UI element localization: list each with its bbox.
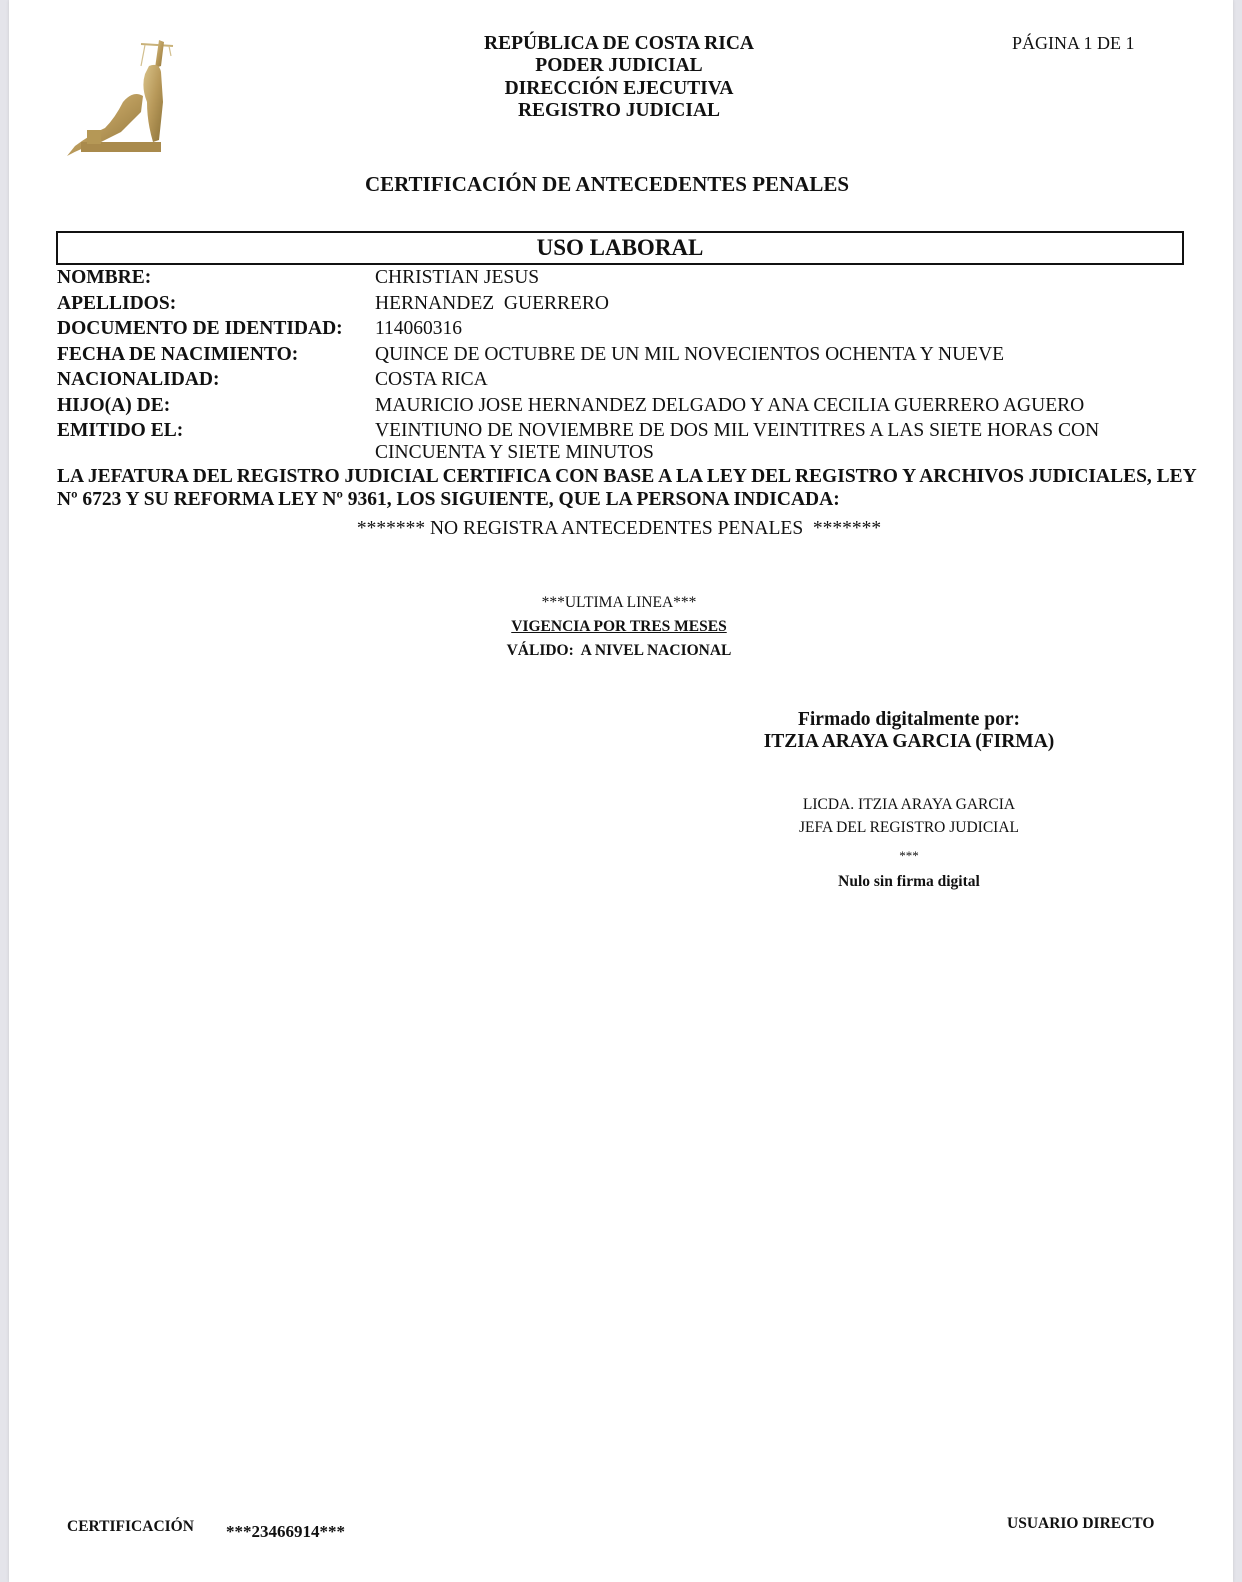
field-label-fecha-nacimiento: FECHA DE NACIMIENTO: xyxy=(57,344,298,366)
certification-statement: LA JEFATURA DEL REGISTRO JUDICIAL CERTIF… xyxy=(57,466,1207,511)
page-indicator: PÁGINA 1 DE 1 xyxy=(1012,33,1135,54)
institution-header: REPÚBLICA DE COSTA RICA PODER JUDICIAL D… xyxy=(409,33,829,122)
document-title: CERTIFICACIÓN DE ANTECEDENTES PENALES xyxy=(9,172,1205,197)
signature-separator: *** xyxy=(709,848,1109,864)
header-line-registro: REGISTRO JUDICIAL xyxy=(409,100,829,122)
field-value-nombre: CHRISTIAN JESUS xyxy=(375,267,1135,289)
header-line-direccion: DIRECCIÓN EJECUTIVA xyxy=(409,78,829,100)
footer-user-type: USUARIO DIRECTO xyxy=(1007,1515,1154,1533)
field-label-nombre: NOMBRE: xyxy=(57,267,151,289)
field-label-documento: DOCUMENTO DE IDENTIDAD: xyxy=(57,318,343,340)
field-label-nacionalidad: NACIONALIDAD: xyxy=(57,369,220,391)
scope-note: VÁLIDO: A NIVEL NACIONAL xyxy=(9,642,1229,660)
field-label-emitido: EMITIDO EL: xyxy=(57,420,183,442)
field-label-apellidos: APELLIDOS: xyxy=(57,293,176,315)
last-line-marker: ***ULTIMA LINEA*** xyxy=(9,594,1229,612)
field-value-apellidos: HERNANDEZ GUERRERO xyxy=(375,293,1135,315)
signer-role: JEFA DEL REGISTRO JUDICIAL xyxy=(709,819,1109,837)
header-line-poder-judicial: PODER JUDICIAL xyxy=(409,55,829,77)
footer-certification-label: CERTIFICACIÓN xyxy=(67,1518,194,1536)
document-page: REPÚBLICA DE COSTA RICA PODER JUDICIAL D… xyxy=(9,0,1233,1582)
signer-title-name: LICDA. ITZIA ARAYA GARCIA xyxy=(709,796,1109,814)
validity-note: VIGENCIA POR TRES MESES xyxy=(9,618,1229,636)
field-value-documento: 114060316 xyxy=(375,318,1135,340)
signer-name: ITZIA ARAYA GARCIA (FIRMA) xyxy=(709,731,1109,753)
field-value-emitido: VEINTIUNO DE NOVIEMBRE DE DOS MIL VEINTI… xyxy=(375,420,1135,464)
usage-label: USO LABORAL xyxy=(537,235,704,260)
usage-box: USO LABORAL xyxy=(56,231,1184,265)
justice-statue-logo-icon xyxy=(61,32,181,158)
field-value-fecha-nacimiento: QUINCE DE OCTUBRE DE UN MIL NOVECIENTOS … xyxy=(375,344,1175,366)
header-line-republic: REPÚBLICA DE COSTA RICA xyxy=(409,33,829,55)
result-no-record: ******* NO REGISTRA ANTECEDENTES PENALES… xyxy=(9,518,1229,540)
field-value-nacionalidad: COSTA RICA xyxy=(375,369,1135,391)
field-value-hijo-de: MAURICIO JOSE HERNANDEZ DELGADO Y ANA CE… xyxy=(375,395,1175,417)
null-without-signature-note: Nulo sin firma digital xyxy=(709,873,1109,891)
footer-certification-number: ***23466914*** xyxy=(226,1522,345,1542)
signed-by-label: Firmado digitalmente por: xyxy=(709,709,1109,731)
field-label-hijo-de: HIJO(A) DE: xyxy=(57,395,170,417)
